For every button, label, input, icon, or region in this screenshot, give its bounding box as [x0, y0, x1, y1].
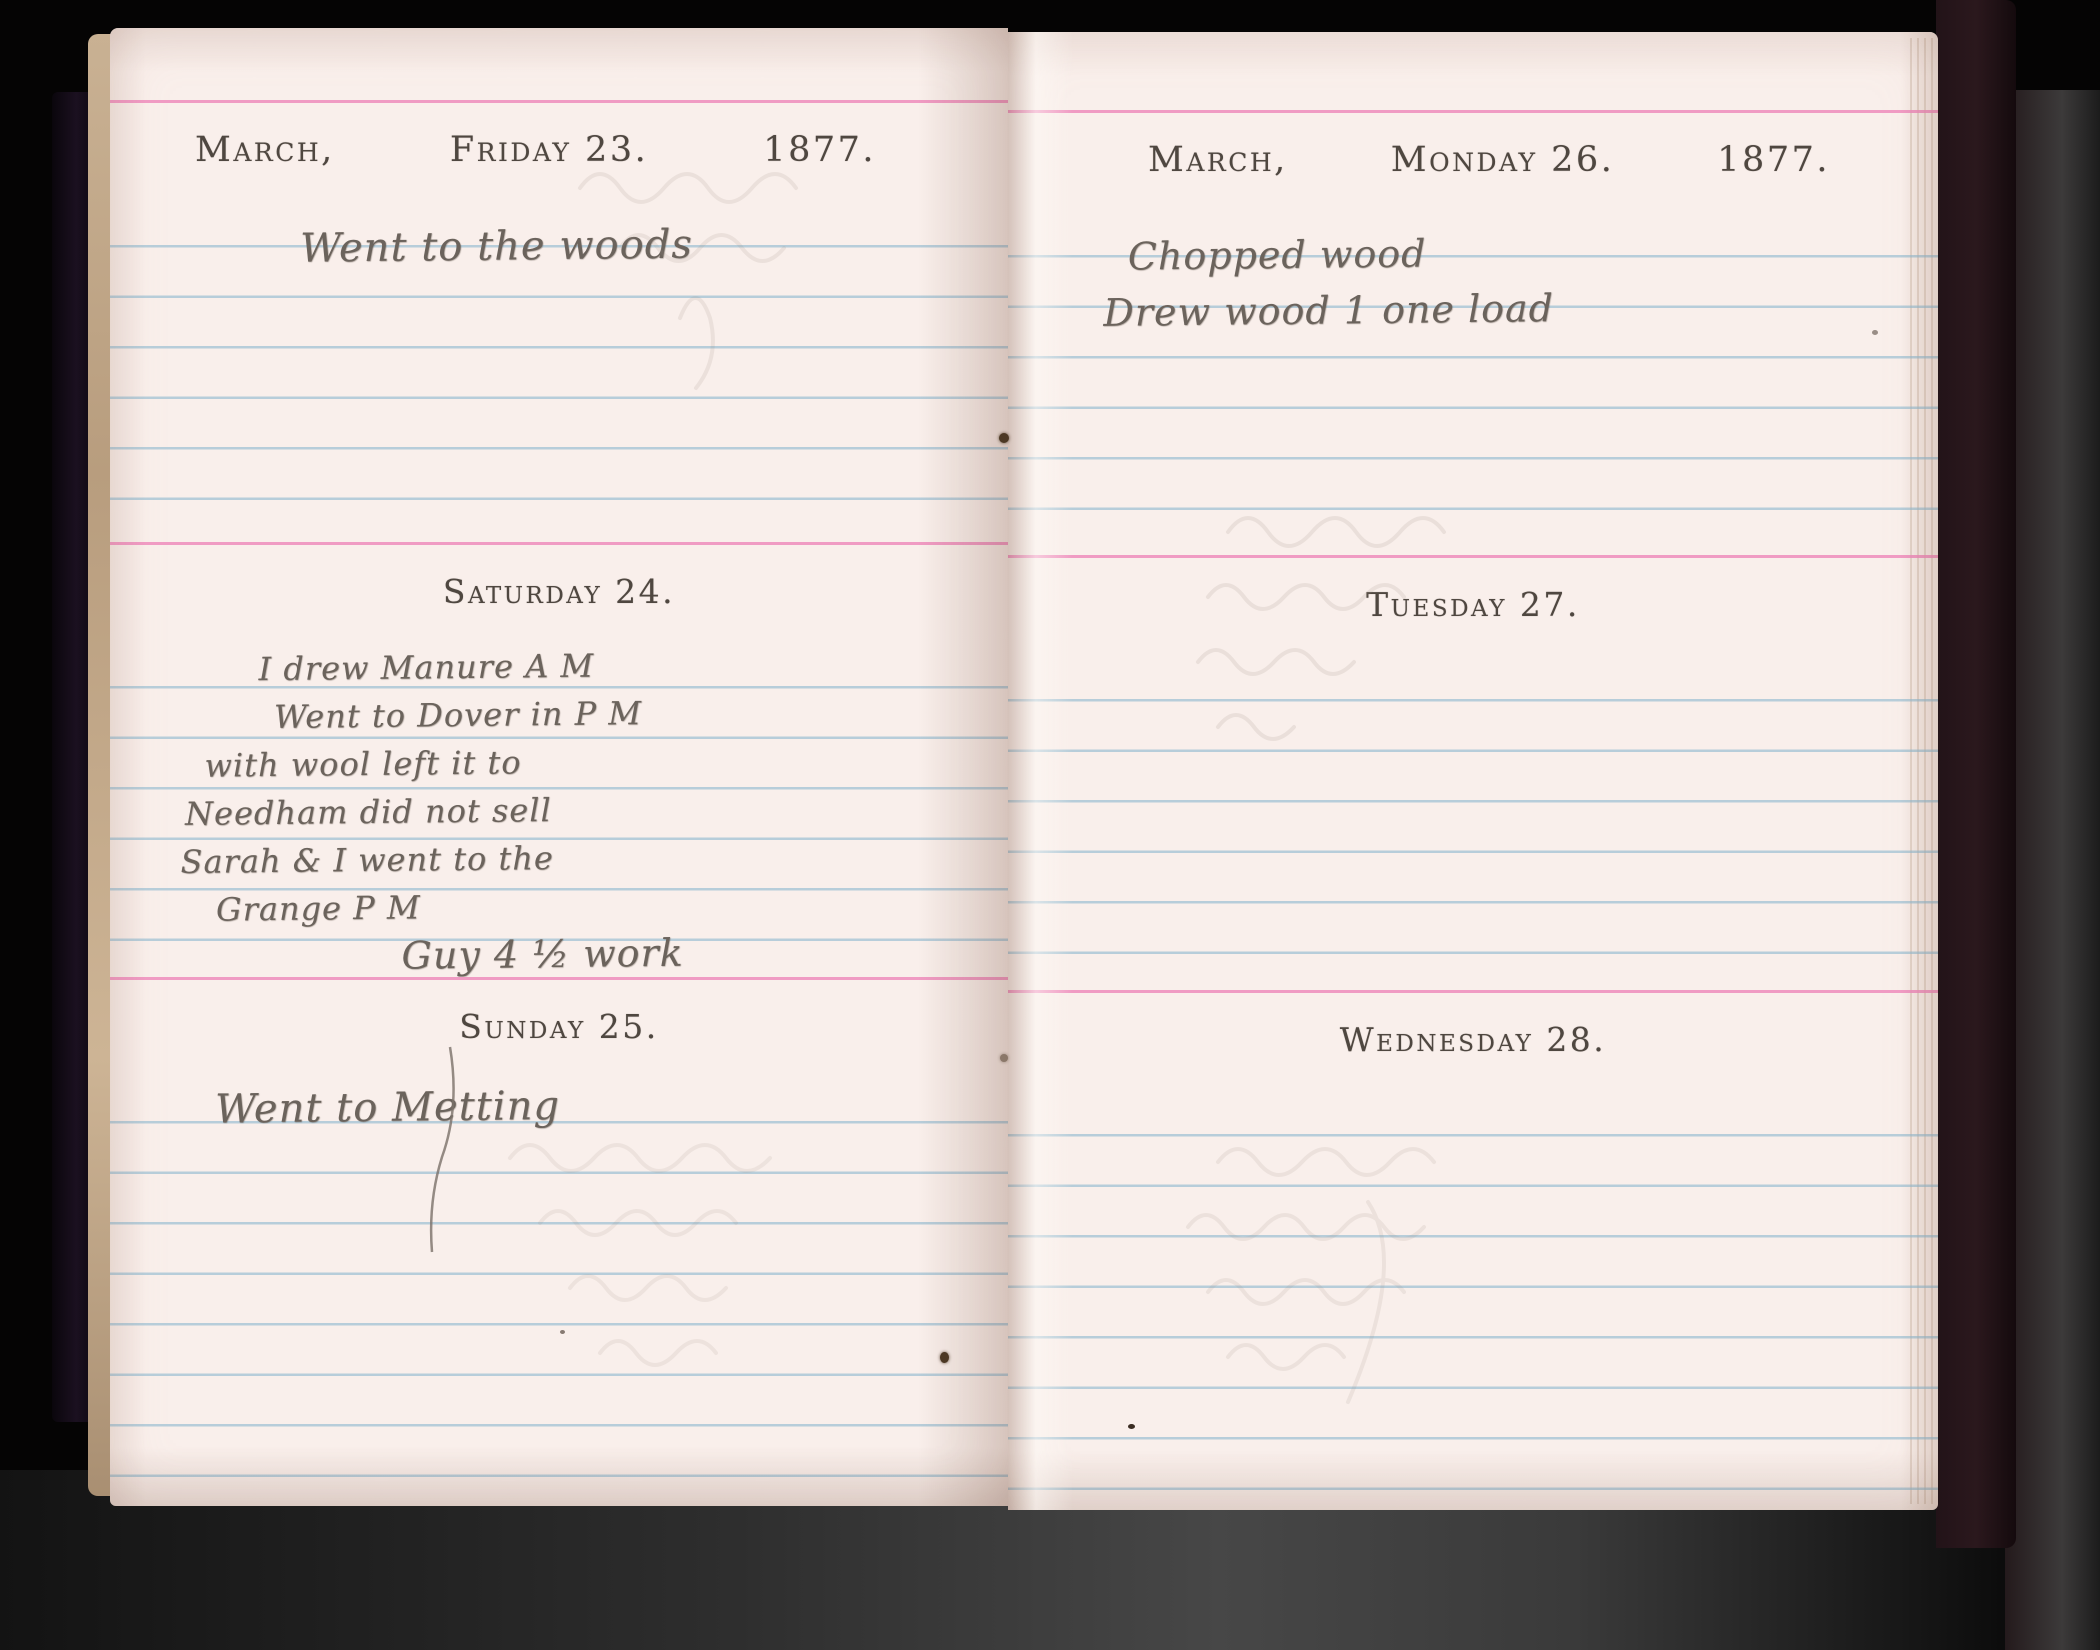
- diary-entry-line: I drew Manure A M: [258, 637, 1006, 693]
- diary-page-right: March, Monday 26. 1877. Chopped wood Dre…: [1008, 32, 1938, 1510]
- day-section-saturday-24: Saturday 24. I drew Manure A M Went to D…: [110, 542, 1008, 977]
- diary-entry-line: Chopped wood: [1128, 220, 1939, 284]
- paper-speck: [560, 1330, 565, 1334]
- pink-rule: [110, 977, 1008, 980]
- pink-rule: [110, 100, 1008, 103]
- day-date-label: Monday 26.: [1391, 140, 1615, 180]
- book-cover-right-edge: [1936, 0, 2016, 1548]
- diary-entry-line: Went to Metting: [215, 1078, 1008, 1132]
- page-header: March, Friday 23. 1877.: [110, 103, 1008, 197]
- day-header: Tuesday 27.: [1008, 558, 1938, 651]
- scanner-side-shadow: [2005, 90, 2100, 1650]
- day-header: Wednesday 28.: [1008, 993, 1938, 1086]
- day-section-sunday-25: Sunday 25. Went to Metting: [110, 977, 1008, 1506]
- diary-entry-line: Went to the woods: [300, 218, 1008, 271]
- day-section-friday-23: March, Friday 23. 1877. Went to the wood…: [110, 100, 1008, 542]
- paper-speck: [1128, 1424, 1135, 1429]
- diary-entry-line: Went to Dover in P M: [274, 685, 1007, 741]
- diary-scan: March, Friday 23. 1877. Went to the wood…: [0, 0, 2100, 1650]
- pink-rule: [110, 542, 1008, 545]
- day-section-monday-26: March, Monday 26. 1877. Chopped wood Dre…: [1008, 110, 1938, 555]
- pink-rule: [1008, 555, 1938, 558]
- diary-entry-line: Sarah & I went to the: [180, 829, 1008, 886]
- month-label: March,: [1148, 140, 1288, 180]
- day-header-label: Tuesday 27.: [1366, 585, 1580, 624]
- day-header: Saturday 24.: [110, 545, 1008, 638]
- year-label: 1877.: [763, 130, 876, 170]
- day-header-label: Saturday 24.: [443, 572, 675, 611]
- day-header: Sunday 25.: [110, 980, 1008, 1073]
- ruled-lines-area: Went to Metting: [110, 1073, 1008, 1506]
- diary-entry-line: with wool left it to: [204, 733, 1007, 789]
- ruled-lines-area: Chopped wood Drew wood 1 one load: [1008, 207, 1938, 555]
- day-date-label: Friday 23.: [450, 130, 648, 170]
- year-label: 1877.: [1717, 140, 1830, 180]
- diary-page-left: March, Friday 23. 1877. Went to the wood…: [110, 28, 1008, 1506]
- ruled-lines-area: [1008, 651, 1938, 990]
- pink-rule: [1008, 990, 1938, 993]
- diary-entry-line: Drew wood 1 one load: [1103, 276, 1939, 341]
- ruled-lines-area: I drew Manure A M Went to Dover in P M w…: [110, 638, 1008, 977]
- day-section-tuesday-27: Tuesday 27.: [1008, 555, 1938, 990]
- page-header: March, Monday 26. 1877.: [1008, 113, 1938, 207]
- paper-speck: [1872, 330, 1878, 335]
- day-header-label: Wednesday 28.: [1340, 1020, 1607, 1059]
- stitch-hole: [999, 433, 1009, 443]
- stitch-hole: [940, 1352, 949, 1363]
- diary-entry-line: Guy 4 ½ work: [401, 925, 1009, 979]
- diary-entry-line: Grange P M: [216, 877, 1009, 933]
- month-label: March,: [195, 130, 335, 170]
- ruled-lines-area: Went to the woods: [110, 197, 1008, 542]
- diary-entry-line: Needham did not sell: [185, 781, 1008, 838]
- pink-rule: [1008, 110, 1938, 113]
- ruled-lines-area: [1008, 1086, 1938, 1513]
- day-section-wednesday-28: Wednesday 28.: [1008, 990, 1938, 1510]
- day-header-label: Sunday 25.: [459, 1007, 658, 1046]
- stitch-hole: [1000, 1054, 1008, 1062]
